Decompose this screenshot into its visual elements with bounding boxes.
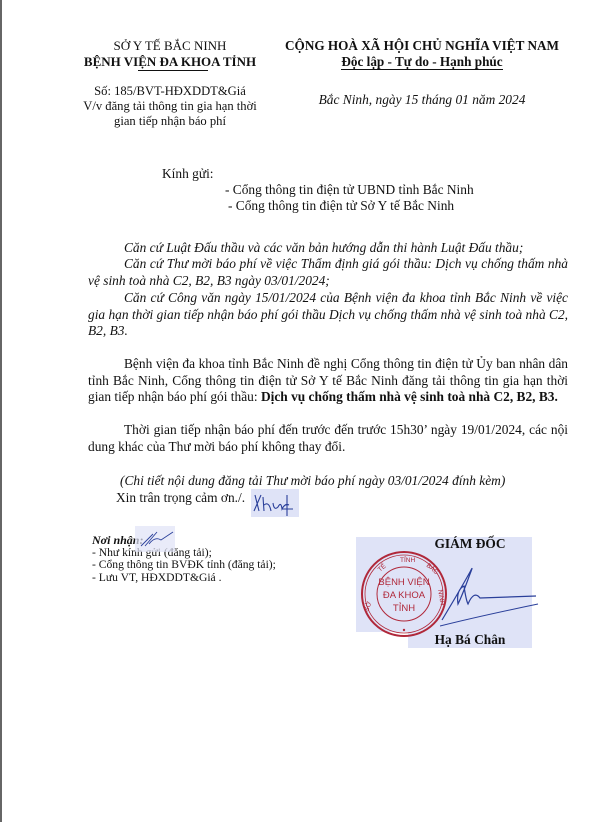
national-header: CỘNG HOÀ XÃ HỘI CHỦ NGHĨA VIỆT NAM Độc l… (262, 38, 582, 108)
organization-name: BỆNH VIỆN ĐA KHOA TỈNH (70, 54, 270, 70)
handwritten-initials-icon (251, 489, 299, 517)
national-title: CỘNG HOÀ XÃ HỘI CHỦ NGHĨA VIỆT NAM (262, 38, 582, 54)
distribution-item: - Lưu VT, HĐXDDT&Giá . (92, 572, 276, 585)
body-paragraph: Căn cứ Công văn ngày 15/01/2024 của Bệnh… (88, 290, 568, 340)
handwritten-initials-icon (135, 526, 175, 552)
body-paragraph-deadline: Thời gian tiếp nhận báo phí đến trước đế… (88, 422, 568, 455)
closing-thanks: Xin trân trọng cảm ơn./. (116, 490, 596, 507)
national-motto: Độc lập - Tự do - Hạnh phúc (262, 54, 582, 70)
greeting: Kính gửi: (162, 166, 214, 182)
director-signature-icon (440, 560, 540, 630)
svg-text:TỈNH: TỈNH (393, 602, 415, 614)
recipient-item: - Cổng thông tin điện tử UBND tỉnh Bắc N… (225, 182, 474, 198)
package-name: Dịch vụ chống thấm nhà vệ sinh toà nhà C… (261, 389, 558, 404)
signer-name: Hạ Bá Chân (410, 632, 530, 648)
svg-text:TỈNH: TỈNH (400, 555, 415, 564)
distribution-item: - Cổng thông tin BVĐK tỉnh (đăng tải); (92, 559, 276, 572)
distribution-list: Nơi nhận: - Như kính gửi (đăng tải); - C… (92, 534, 276, 584)
issuer-header: SỞ Y TẾ BẮC NINH BỆNH VIỆN ĐA KHOA TỈNH … (70, 38, 270, 129)
place-date: Bắc Ninh, ngày 15 tháng 01 năm 2024 (262, 92, 582, 108)
svg-text:ĐA KHOA: ĐA KHOA (383, 590, 426, 601)
attachment-note: (Chi tiết nội dung đăng tải Thư mời báo … (120, 473, 560, 490)
body-paragraph: Căn cứ Luật Đấu thầu và các văn bản hướn… (88, 240, 568, 257)
recipient-item: - Cổng thông tin điện tử Sở Y tế Bắc Nin… (228, 198, 454, 214)
initials-signature (251, 489, 299, 517)
initials-signature-small (135, 526, 175, 552)
body-paragraph-request: Bệnh viện đa khoa tỉnh Bắc Ninh đề nghị … (88, 356, 568, 406)
document-number: Số: 185/BVT-HĐXDDT&Giá (70, 83, 270, 99)
svg-text:BỆNH VIỆN: BỆNH VIỆN (378, 577, 429, 588)
subject-line-1: V/v đăng tải thông tin gia hạn thời (70, 99, 270, 114)
parent-organization: SỞ Y TẾ BẮC NINH (70, 38, 270, 54)
page-left-border (0, 0, 2, 822)
body-paragraph: Căn cứ Thư mời báo phí về việc Thẩm định… (88, 256, 568, 289)
distribution-title: Nơi nhận: (92, 534, 276, 547)
official-stamp-icon: BỆNH VIỆN ĐA KHOA TỈNH TỈNH TẾ BẮC SỞ NI… (360, 550, 448, 638)
org-underline (138, 70, 208, 71)
subject-line-2: gian tiếp nhận báo phí (70, 114, 270, 129)
